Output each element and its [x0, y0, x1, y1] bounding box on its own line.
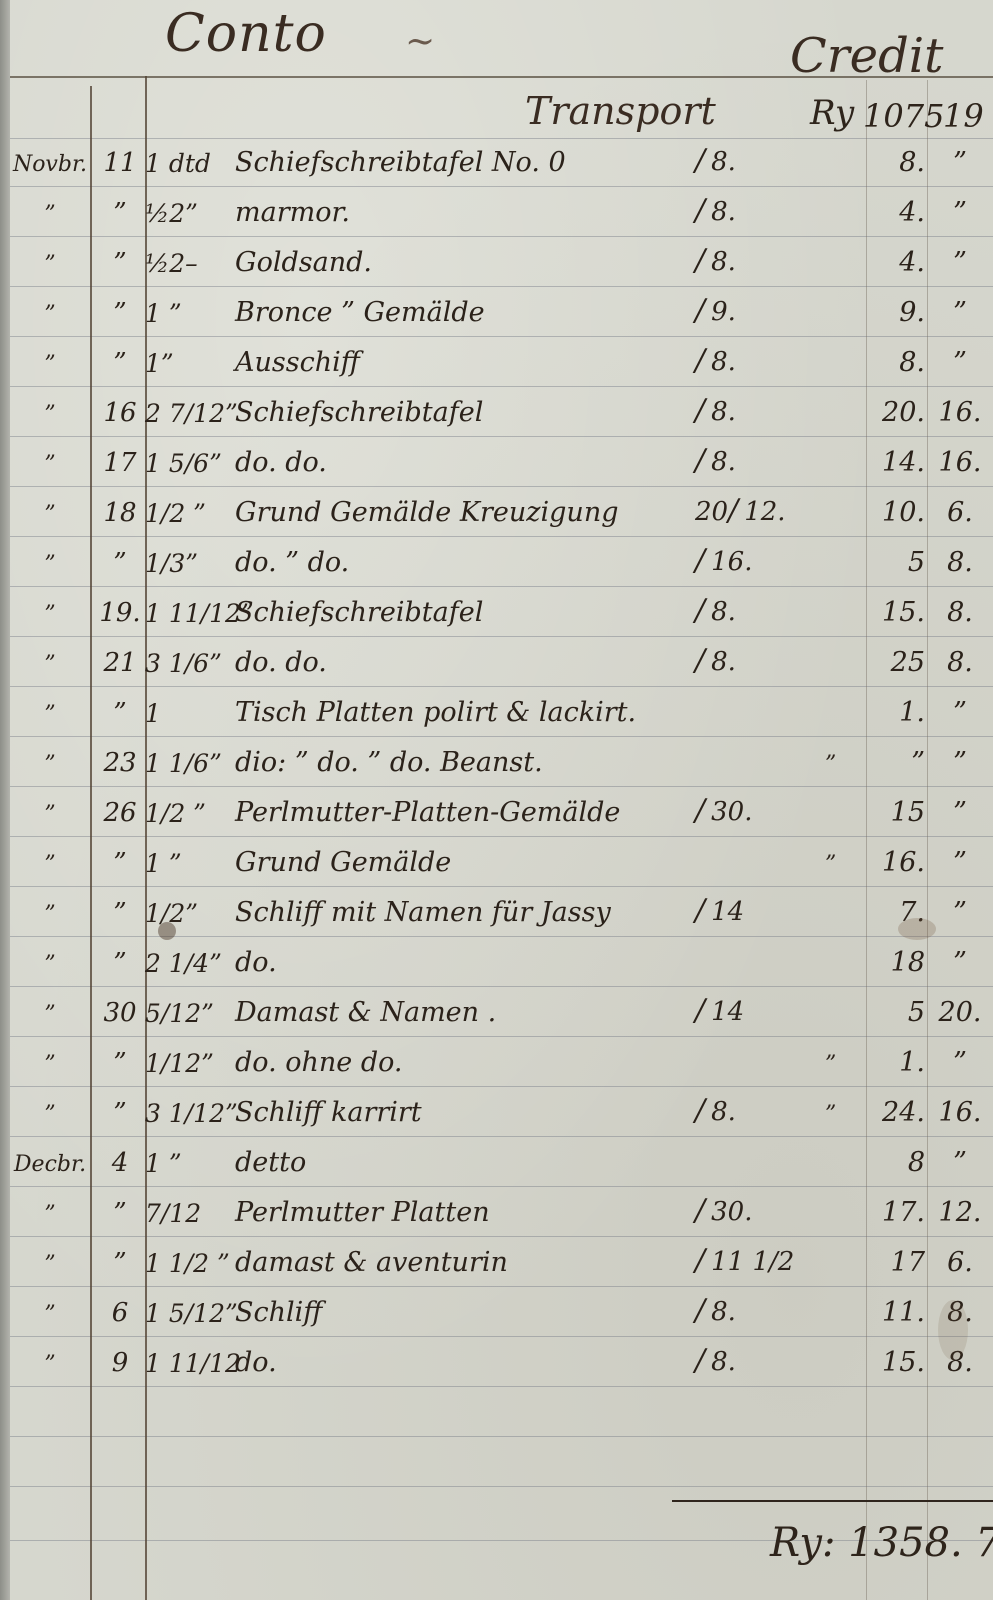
- entry-unit-price: /9.: [695, 296, 815, 326]
- entry-unit-price: /14: [695, 896, 815, 926]
- entry-month: ”: [10, 204, 90, 226]
- price-per-marker: /: [695, 1343, 705, 1378]
- ruled-line: [10, 886, 993, 887]
- entry-description: Grund Gemälde: [235, 849, 451, 876]
- entry-day: 4: [92, 1150, 148, 1176]
- entry-month: ”: [10, 254, 90, 276]
- entry-amount-sub: 8.: [930, 599, 990, 626]
- ledger-row: ”162 7/12”Schiefschreibtafel/8.20.16.: [10, 388, 993, 436]
- entry-month: ”: [10, 554, 90, 576]
- entry-month: ”: [10, 1304, 90, 1326]
- ledger-row: ””1 1/2 ”damast & aventurin/11 1/2176.: [10, 1238, 993, 1286]
- entry-quantity: 2 1/4”: [145, 951, 240, 976]
- total-rule: [672, 1500, 993, 1502]
- entry-day: ”: [92, 1200, 148, 1226]
- ruled-line: [10, 236, 993, 237]
- price-per-marker: /: [695, 1243, 705, 1278]
- entry-description: do.: [235, 1349, 277, 1376]
- title-flourish: ~: [405, 24, 435, 60]
- entry-amount-main: 9.: [830, 299, 925, 326]
- entry-quantity: 5/12”: [145, 1001, 240, 1026]
- ledger-row: ””1 ”Grund Gemälde16.””: [10, 838, 993, 886]
- ledger-row: ””½2–Goldsand./8.4.”: [10, 238, 993, 286]
- entry-month: Novbr.: [10, 154, 90, 176]
- price-value: 8.: [711, 147, 736, 177]
- entry-day: 17: [92, 450, 148, 476]
- entry-unit-price: /8.: [695, 1296, 815, 1326]
- price-value: 14: [711, 897, 744, 927]
- header-rule: [10, 76, 993, 78]
- entry-day: ”: [92, 900, 148, 926]
- ruled-line: [10, 736, 993, 737]
- price-per-marker: /: [695, 893, 705, 928]
- price-per-marker: /: [728, 493, 738, 528]
- price-value: 8.: [711, 1297, 736, 1327]
- entry-amount-main: 10.: [830, 499, 925, 526]
- entry-description: Schiefschreibtafel No. 0: [235, 149, 566, 176]
- price-per-marker: /: [695, 393, 705, 428]
- entry-amount-main: 4.: [830, 199, 925, 226]
- entry-unit-price: /8.: [695, 1346, 815, 1376]
- ledger-row: ””3 1/12”Schliff karrirt/8.24.”16.: [10, 1088, 993, 1136]
- entry-description: damast & aventurin: [235, 1249, 508, 1276]
- entry-month: ”: [10, 954, 90, 976]
- entry-amount-sub: ”: [930, 799, 990, 826]
- entry-amount-sub: 16.: [930, 1099, 990, 1126]
- entry-day: ”: [92, 550, 148, 576]
- ruled-line: [10, 386, 993, 387]
- entry-day: 16: [92, 400, 148, 426]
- entry-amount-main: 1.: [830, 1049, 925, 1076]
- entry-amount-main: 20.: [830, 399, 925, 426]
- price-value: 30.: [711, 797, 752, 827]
- entry-month: ”: [10, 1354, 90, 1376]
- entry-description: do. ” do.: [235, 549, 349, 576]
- entry-unit-price: /8.: [695, 646, 815, 676]
- ledger-row: ”261/2 ”Perlmutter-Platten-Gemälde/30.15…: [10, 788, 993, 836]
- entry-description: do.: [235, 949, 277, 976]
- entry-description: Schiefschreibtafel: [235, 399, 483, 426]
- entry-amount-main: 1.: [830, 699, 925, 726]
- entry-amount-sub: ”: [930, 699, 990, 726]
- price-per-marker: /: [695, 1093, 705, 1128]
- entry-amount-ditto: ”: [825, 854, 836, 876]
- ruled-line: [10, 686, 993, 687]
- entry-quantity: 1 1/2 ”: [145, 1251, 240, 1276]
- ledger-row: ””2 1/4”do.18”: [10, 938, 993, 986]
- entry-month: ”: [10, 1054, 90, 1076]
- entry-amount-sub: ”: [930, 849, 990, 876]
- entry-unit-price: /16.: [695, 546, 815, 576]
- entry-day: ”: [92, 300, 148, 326]
- entry-description: Bronce ” Gemälde: [235, 299, 485, 326]
- entry-day: 6: [92, 1300, 148, 1326]
- entry-month: ”: [10, 1104, 90, 1126]
- entry-description: Tisch Platten polirt & lackirt.: [235, 699, 636, 726]
- ruled-line: [10, 636, 993, 637]
- entry-day: ”: [92, 200, 148, 226]
- entry-unit-price: /11 1/2: [695, 1246, 815, 1276]
- book-binding-edge: [0, 0, 10, 1600]
- price-value: 12.: [744, 497, 785, 527]
- entry-quantity: 2 7/12”: [145, 401, 240, 426]
- entry-quantity: 1 1/6”: [145, 751, 240, 776]
- entry-amount-sub: 16.: [930, 399, 990, 426]
- entry-month: ”: [10, 1254, 90, 1276]
- entry-unit-price: /8.: [695, 596, 815, 626]
- ledger-row: ””½2”marmor./8.4.”: [10, 188, 993, 236]
- price-per-marker: /: [695, 793, 705, 828]
- price-value: 9.: [711, 297, 736, 327]
- entry-amount-sub: ”: [930, 299, 990, 326]
- entry-unit-price: /14: [695, 996, 815, 1026]
- entry-unit-price: /8.: [695, 346, 815, 376]
- price-value: 11 1/2: [711, 1247, 794, 1277]
- entry-month: Decbr.: [10, 1154, 90, 1176]
- entry-day: 19.: [92, 600, 148, 626]
- entry-amount-main: 24.: [830, 1099, 925, 1126]
- entry-quantity: 1 11/12: [145, 1351, 240, 1376]
- ruled-line: [10, 286, 993, 287]
- entry-description: Damast & Namen .: [235, 999, 496, 1026]
- entry-amount-sub: 20.: [930, 999, 990, 1026]
- ledger-row: ”61 5/12”Schliff/8.11.8.: [10, 1288, 993, 1336]
- entry-month: ”: [10, 404, 90, 426]
- entry-amount-main: 17: [830, 1249, 925, 1276]
- entry-quantity: ½2–: [145, 251, 240, 276]
- entry-amount-sub: 8.: [930, 549, 990, 576]
- entry-day: 9: [92, 1350, 148, 1376]
- currency-symbol: Ry: [810, 96, 854, 130]
- entry-amount-sub: ”: [930, 949, 990, 976]
- entry-unit-price: /8.: [695, 396, 815, 426]
- ruled-line: [10, 936, 993, 937]
- price-value: 14: [711, 997, 744, 1027]
- entry-quantity: 1/2”: [145, 901, 240, 926]
- ruled-line: [10, 536, 993, 537]
- entry-amount-sub: 16.: [930, 449, 990, 476]
- entry-amount-main: 5: [830, 999, 925, 1026]
- ledger-row: ”91 11/12do./8.15.8.: [10, 1338, 993, 1386]
- ledger-row: Decbr.41 ”detto8”: [10, 1138, 993, 1186]
- price-per-marker: /: [695, 243, 705, 278]
- entry-amount-sub: 8.: [930, 649, 990, 676]
- entry-amount-main: 8.: [830, 149, 925, 176]
- ruled-line: [10, 1136, 993, 1137]
- entry-amount-ditto: ”: [825, 1054, 836, 1076]
- entry-day: 21: [92, 650, 148, 676]
- entry-month: ”: [10, 804, 90, 826]
- ledger-row: ”231 1/6”dio: ” do. ” do. Beanst.”””: [10, 738, 993, 786]
- entry-description: Schliff: [235, 1299, 322, 1326]
- entry-month: ”: [10, 854, 90, 876]
- ledger-row: ”19.1 11/12”Schiefschreibtafel/8.15.8.: [10, 588, 993, 636]
- ledger-row: Novbr.111 dtdSchiefschreibtafel No. 0/8.…: [10, 138, 993, 186]
- entry-quantity: 1 5/6”: [145, 451, 240, 476]
- entry-description: Perlmutter Platten: [235, 1199, 490, 1226]
- price-value: 8.: [711, 197, 736, 227]
- ledger-row: ”181/2 ”Grund Gemälde Kreuzigung20/12.10…: [10, 488, 993, 536]
- entry-amount-sub: ”: [930, 1149, 990, 1176]
- entry-description: Perlmutter-Platten-Gemälde: [235, 799, 620, 826]
- entry-amount-sub: ”: [930, 899, 990, 926]
- entry-amount-main: 25: [830, 649, 925, 676]
- price-per-marker: /: [695, 1193, 705, 1228]
- entry-unit-price: /8.: [695, 1096, 815, 1126]
- entry-amount-main: 16.: [830, 849, 925, 876]
- entry-quantity: 1: [145, 701, 240, 726]
- price-per-marker: /: [695, 593, 705, 628]
- grand-total: Ry: 1358. 7/12: [770, 1523, 993, 1563]
- ruled-line: [10, 1036, 993, 1037]
- price-value: 8.: [711, 1347, 736, 1377]
- ledger-row: ”213 1/6”do. do./8.258.: [10, 638, 993, 686]
- ruled-line: [10, 1286, 993, 1287]
- entry-amount-main: 18: [830, 949, 925, 976]
- entry-quantity: 1/2 ”: [145, 501, 240, 526]
- ledger-row: ””1”Ausschiff/8.8.”: [10, 338, 993, 386]
- ink-stain: [938, 1300, 968, 1360]
- entry-day: ”: [92, 950, 148, 976]
- ruled-line: [10, 986, 993, 987]
- entry-amount-main: 8: [830, 1149, 925, 1176]
- entry-quantity: 1 5/12”: [145, 1301, 240, 1326]
- ruled-line: [10, 1386, 993, 1387]
- entry-amount-sub: ”: [930, 199, 990, 226]
- ruled-line: [10, 186, 993, 187]
- entry-amount-main: 8.: [830, 349, 925, 376]
- ledger-row: ””1 ”Bronce ” Gemälde/9.9.”: [10, 288, 993, 336]
- entry-quantity: 7/12: [145, 1201, 240, 1226]
- entry-description: Schliff karrirt: [235, 1099, 422, 1126]
- entry-quantity: 3 1/6”: [145, 651, 240, 676]
- ruled-line: [10, 336, 993, 337]
- entry-amount-main: 14.: [830, 449, 925, 476]
- entry-description: do. do.: [235, 649, 327, 676]
- entry-quantity: 1 11/12”: [145, 601, 240, 626]
- entry-quantity: 1 ”: [145, 301, 240, 326]
- entry-amount-sub: 6.: [930, 1249, 990, 1276]
- entry-month: ”: [10, 604, 90, 626]
- ruled-line: [10, 1086, 993, 1087]
- entry-day: ”: [92, 1100, 148, 1126]
- entry-amount-sub: ”: [930, 149, 990, 176]
- entry-amount-sub: ”: [930, 749, 990, 776]
- price-value: 8.: [711, 347, 736, 377]
- entry-description: marmor.: [235, 199, 350, 226]
- price-per-marker: /: [695, 193, 705, 228]
- credit-heading: Credit: [790, 32, 943, 80]
- entry-amount-sub: 12.: [930, 1199, 990, 1226]
- entry-description: Ausschiff: [235, 349, 360, 376]
- price-per-marker: /: [695, 343, 705, 378]
- entry-unit-price: 20/12.: [695, 496, 815, 526]
- page-title: Conto: [165, 8, 327, 60]
- ledger-row: ””1/12”do. ohne do.1.””: [10, 1038, 993, 1086]
- ruled-line: [10, 486, 993, 487]
- entry-day: 18: [92, 500, 148, 526]
- price-value: 16.: [711, 547, 752, 577]
- entry-unit-price: /8.: [695, 446, 815, 476]
- ledger-page: Conto ~ Credit Transport Ry 1075 19 Novb…: [10, 0, 993, 1600]
- price-value: 8.: [711, 1097, 736, 1127]
- price-per-marker: /: [695, 643, 705, 678]
- entry-quantity: 1/3”: [145, 551, 240, 576]
- entry-amount-main: ”: [830, 749, 925, 776]
- entry-quantity: 1 ”: [145, 851, 240, 876]
- price-value: 8.: [711, 397, 736, 427]
- entry-day: ”: [92, 850, 148, 876]
- price-per-marker: /: [695, 143, 705, 178]
- entry-description: detto: [235, 1149, 306, 1176]
- transport-amount-main: 1075: [863, 100, 944, 132]
- entry-amount-main: 15.: [830, 599, 925, 626]
- entry-day: ”: [92, 350, 148, 376]
- entry-description: do. ohne do.: [235, 1049, 402, 1076]
- entry-month: ”: [10, 304, 90, 326]
- price-per-marker: /: [695, 993, 705, 1028]
- price-value: 8.: [711, 447, 736, 477]
- entry-quantity: 1 ”: [145, 1151, 240, 1176]
- price-per-marker: /: [695, 443, 705, 478]
- entry-day: 30: [92, 1000, 148, 1026]
- price-prefix: 20: [695, 497, 728, 527]
- entry-description: Schliff mit Namen für Jassy: [235, 899, 611, 926]
- entry-amount-ditto: ”: [825, 754, 836, 776]
- transport-label: Transport: [525, 92, 716, 130]
- price-value: 30.: [711, 1197, 752, 1227]
- ruled-line: [10, 1186, 993, 1187]
- ruled-line: [10, 1336, 993, 1337]
- entry-amount-sub: 6.: [930, 499, 990, 526]
- entry-month: ”: [10, 754, 90, 776]
- price-per-marker: /: [695, 543, 705, 578]
- entry-quantity: 3 1/12”: [145, 1101, 240, 1126]
- entry-day: ”: [92, 1050, 148, 1076]
- entry-day: ”: [92, 250, 148, 276]
- entry-amount-main: 11.: [830, 1299, 925, 1326]
- entry-quantity: 1 dtd: [145, 151, 240, 176]
- entry-day: 26: [92, 800, 148, 826]
- entry-month: ”: [10, 1204, 90, 1226]
- price-per-marker: /: [695, 293, 705, 328]
- entry-day: ”: [92, 700, 148, 726]
- ledger-row: ””7/12Perlmutter Platten/30.17.12.: [10, 1188, 993, 1236]
- entry-unit-price: /30.: [695, 796, 815, 826]
- entry-month: ”: [10, 654, 90, 676]
- entry-description: Schiefschreibtafel: [235, 599, 483, 626]
- ruled-line: [10, 436, 993, 437]
- ledger-row: ”171 5/6”do. do./8.14.16.: [10, 438, 993, 486]
- ruled-line: [10, 586, 993, 587]
- entry-quantity: ½2”: [145, 201, 240, 226]
- entry-amount-main: 5: [830, 549, 925, 576]
- entry-description: Grund Gemälde Kreuzigung: [235, 499, 619, 526]
- entry-description: do. do.: [235, 449, 327, 476]
- ruled-line: [10, 1486, 993, 1487]
- entry-month: ”: [10, 454, 90, 476]
- entry-amount-sub: ”: [930, 349, 990, 376]
- price-per-marker: /: [695, 1293, 705, 1328]
- transport-amount-sub: 19: [943, 100, 984, 132]
- ruled-line: [10, 1436, 993, 1437]
- ruled-line: [10, 1236, 993, 1237]
- entry-amount-main: 15: [830, 799, 925, 826]
- price-value: 8.: [711, 647, 736, 677]
- entry-amount-main: 15.: [830, 1349, 925, 1376]
- entry-month: ”: [10, 704, 90, 726]
- ledger-row: ”305/12”Damast & Namen ./14520.: [10, 988, 993, 1036]
- entry-unit-price: /8.: [695, 246, 815, 276]
- ruled-line: [10, 786, 993, 787]
- entry-day: 23: [92, 750, 148, 776]
- entry-unit-price: /8.: [695, 146, 815, 176]
- entry-day: ”: [92, 1250, 148, 1276]
- ledger-row: ””1Tisch Platten polirt & lackirt.1.”: [10, 688, 993, 736]
- entry-month: ”: [10, 354, 90, 376]
- entry-month: ”: [10, 504, 90, 526]
- entry-amount-ditto: ”: [825, 1104, 836, 1126]
- entry-month: ”: [10, 1004, 90, 1026]
- price-value: 8.: [711, 597, 736, 627]
- entry-amount-sub: ”: [930, 249, 990, 276]
- entry-quantity: 1/2 ”: [145, 801, 240, 826]
- entry-month: ”: [10, 904, 90, 926]
- ink-blot: [158, 922, 176, 940]
- entry-amount-sub: ”: [930, 1049, 990, 1076]
- entry-amount-main: 4.: [830, 249, 925, 276]
- ledger-row: ””1/3”do. ” do./16.58.: [10, 538, 993, 586]
- entry-quantity: 1/12”: [145, 1051, 240, 1076]
- price-value: 8.: [711, 247, 736, 277]
- entry-day: 11: [92, 150, 148, 176]
- entry-description: dio: ” do. ” do. Beanst.: [235, 749, 543, 776]
- entry-description: Goldsand.: [235, 249, 372, 276]
- entry-unit-price: /30.: [695, 1196, 815, 1226]
- entry-unit-price: /8.: [695, 196, 815, 226]
- entry-amount-main: 17.: [830, 1199, 925, 1226]
- ink-blot: [898, 918, 936, 940]
- entry-quantity: 1”: [145, 351, 240, 376]
- ruled-line: [10, 836, 993, 837]
